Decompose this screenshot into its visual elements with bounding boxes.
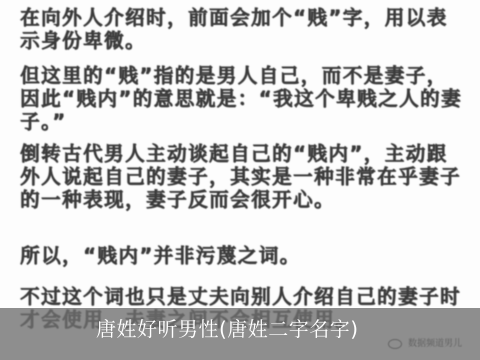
watermark-text: 数据频道男儿: [408, 339, 462, 349]
article-image: 在向外人介绍时，前面会加个“贱”字，用以表示身份卑微。 但这里的“贱”指的是男人…: [0, 0, 480, 360]
paragraph-1: 在向外人介绍时，前面会加个“贱”字，用以表示身份卑微。: [20, 6, 466, 52]
logo-icon: [388, 339, 402, 349]
paragraph-4: 所以，“贱内”并非污蔑之词。: [20, 244, 466, 267]
watermark: 数据频道男儿: [388, 336, 462, 349]
caption-title: 唐姓好听男性(唐姓二字名字): [96, 316, 359, 342]
paragraph-3: 倒转古代男人主动谈起自己的“贱内”，主动跟外人说起自己的妻子，其实是一种非常在乎…: [20, 142, 466, 211]
paragraph-2: 但这里的“贱”指的是男人自己，而不是妻子，因此“贱内”的意思就是：“我这个卑贱之…: [20, 64, 466, 133]
